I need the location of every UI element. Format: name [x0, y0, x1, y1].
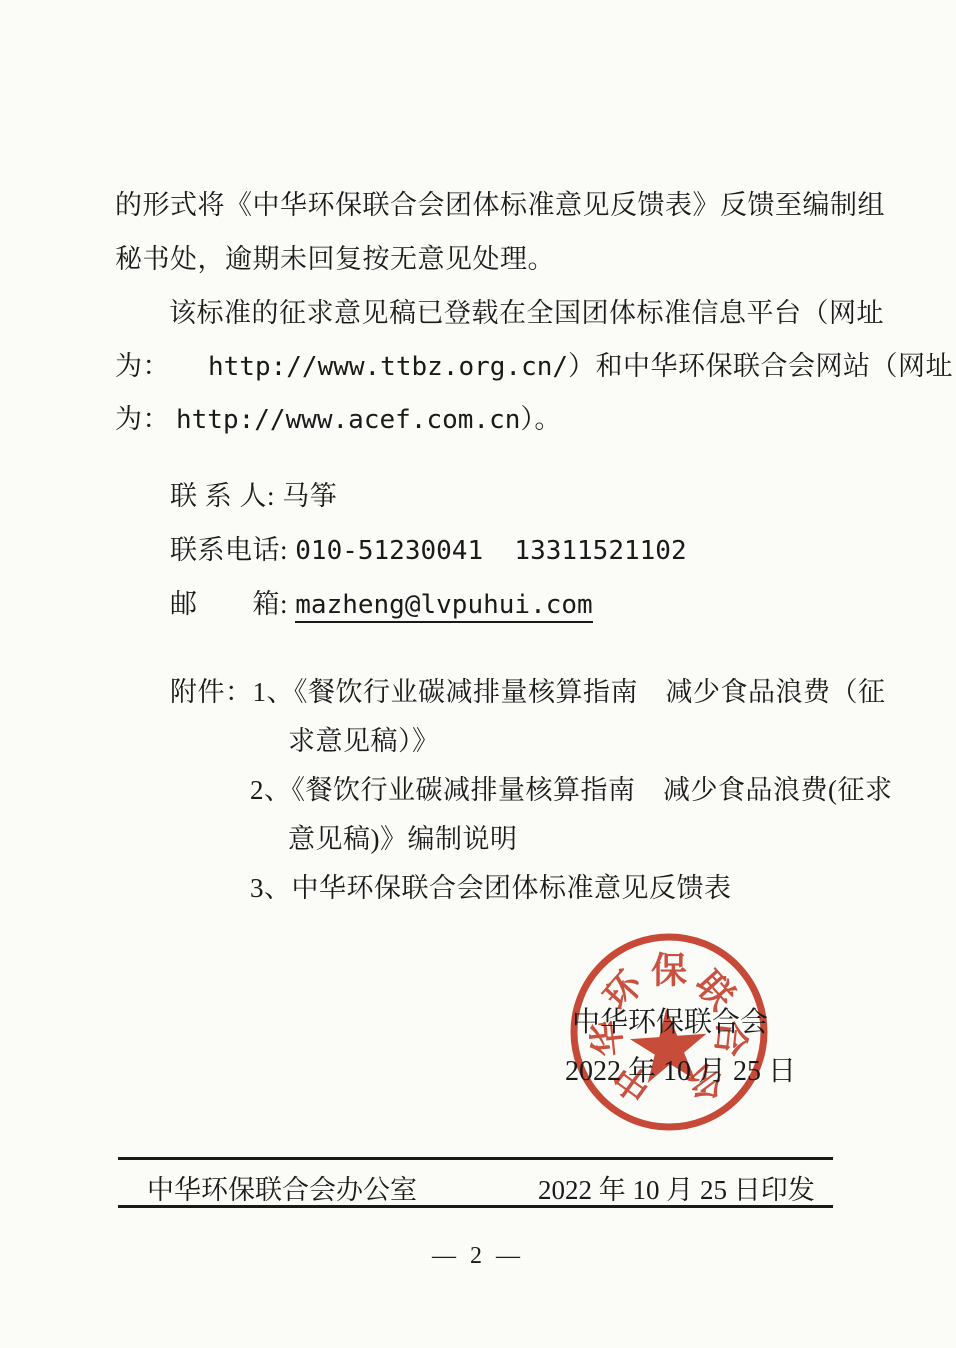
contact-person-label: 联 系 人:	[170, 479, 282, 513]
paragraph2-line3: 为：http://www.acef.com.cn）。	[115, 402, 562, 437]
attachments-label: 附件：	[170, 677, 253, 707]
page-number: — 2 —	[0, 1243, 956, 1270]
contact-phone-value: 010-51230041 13311521102	[295, 536, 686, 566]
contact-person-value: 马筝	[282, 481, 337, 511]
attachment1-line1: 1、《餐饮行业碳减排量核算指南 减少食品浪费（征	[253, 677, 886, 707]
footer-rule-top	[118, 1157, 833, 1160]
url-line2-prefix: 为：	[115, 404, 170, 434]
attachment3-line: 3、中华环保联合会团体标准意见反馈表	[250, 871, 732, 905]
paragraph2-line2: 为：http://www.ttbz.org.cn/）和中华环保联合会网站（网址	[115, 349, 953, 384]
signature-org: 中华环保联合会	[572, 1000, 768, 1040]
attachments-row1: 附件：1、《餐饮行业碳减排量核算指南 减少食品浪费（征	[170, 675, 886, 709]
footer-rule-bottom	[118, 1205, 833, 1208]
footer-office: 中华环保联合会办公室	[147, 1168, 417, 1207]
footer-issue-date: 2022 年 10 月 25 日印发	[538, 1168, 815, 1207]
paragraph2-line1: 该标准的征求意见稿已登载在全国团体标准信息平台（网址	[169, 296, 884, 330]
attachment2-line2: 意见稿)》编制说明	[288, 822, 518, 856]
ttbz-url: http://www.ttbz.org.cn/	[208, 352, 568, 382]
scanned-letter-page: 的形式将《中华环保联合会团体标准意见反馈表》反馈至编制组 秘书处，逾期未回复按无…	[0, 0, 956, 1348]
contact-phone-row: 联系电话: 010-51230041 13311521102	[170, 533, 687, 568]
paragraph1-line1: 的形式将《中华环保联合会团体标准意见反馈表》反馈至编制组	[115, 188, 885, 222]
contact-email-row: 邮 箱: mazheng@lvpuhui.com	[170, 587, 593, 622]
seal-ring-char: 保	[651, 943, 687, 994]
contact-phone-label: 联系电话:	[170, 533, 295, 567]
contact-email-value: mazheng@lvpuhui.com	[295, 590, 592, 623]
signature-date: 2022 年 10 月 25 日	[565, 1049, 796, 1089]
contact-person-row: 联 系 人: 马筝	[170, 479, 337, 513]
url-line-suffix: ）和中华环保联合会网站（网址	[568, 351, 953, 381]
url-line2-suffix: ）。	[520, 404, 562, 434]
url-line-prefix: 为：	[115, 351, 170, 381]
attachment2-line1: 2、《餐饮行业碳减排量核算指南 减少食品浪费(征求	[250, 773, 893, 807]
paragraph1-line2: 秘书处，逾期未回复按无意见处理。	[115, 242, 555, 276]
attachment1-line2: 求意见稿）》	[288, 724, 440, 758]
contact-email-label: 邮 箱:	[170, 587, 295, 621]
acef-url: http://www.acef.com.cn	[176, 405, 520, 435]
